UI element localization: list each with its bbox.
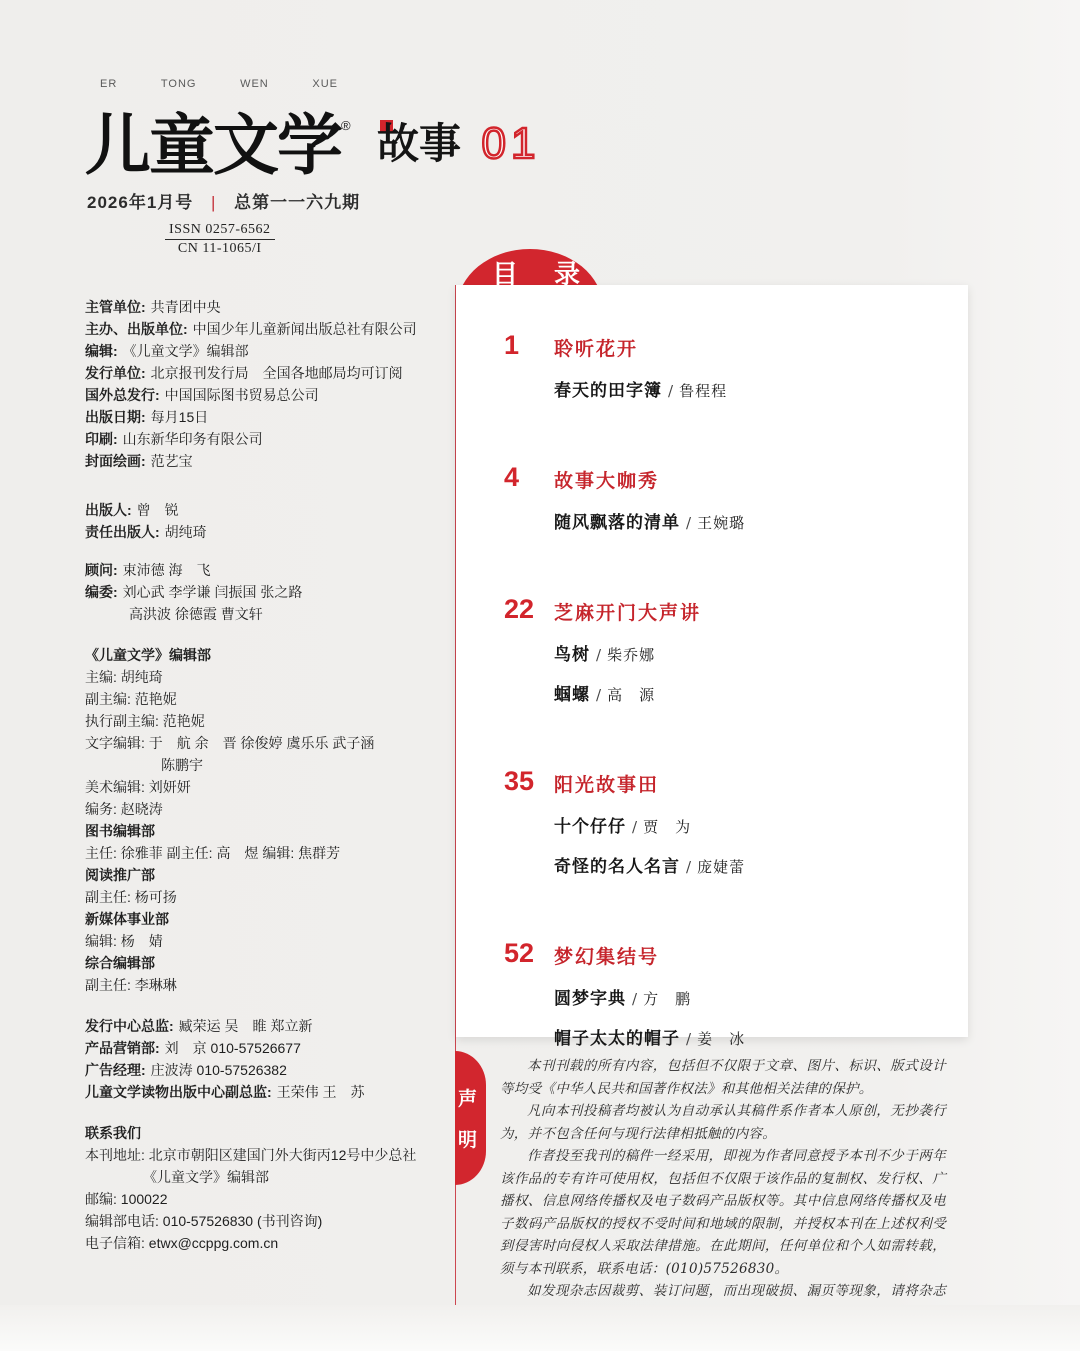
toc-entry: 1聆听花开春天的田字簿/鲁程程 <box>504 331 942 401</box>
colophon-line: 副主任: 杨可扬 <box>85 886 465 908</box>
toc-section-title: 梦幻集结号 <box>554 939 942 969</box>
toc-item-title: 圆梦字典 <box>554 989 626 1009</box>
colophon-value: 本刊地址: 北京市朝阳区建国门外大街丙12号中少总社 <box>85 1147 416 1163</box>
colophon-label: 出版人: <box>85 502 132 518</box>
colophon-line: 责任出版人:胡纯琦 <box>85 521 465 543</box>
toc-item-title: 奇怪的名人名言 <box>554 857 680 877</box>
colophon-line: 编辑部电话: 010-57526830 (书刊咨询) <box>85 1210 465 1232</box>
colophon-line: 发行单位:北京报刊发行局 全国各地邮局均可订阅 <box>85 362 465 384</box>
toc-item: 圆梦字典/方 鹏 <box>554 984 942 1009</box>
colophon-label: 编委: <box>85 584 118 600</box>
colophon-line: 执行副主编: 范艳妮 <box>85 710 465 732</box>
pinyin-er: ER <box>100 78 117 90</box>
issue-date: 2026年1月号 <box>87 193 193 212</box>
colophon-value: 邮编: 100022 <box>85 1191 168 1207</box>
toc-item-title: 帽子太太的帽子 <box>554 1029 680 1049</box>
statement-text: 本刊刊载的所有内容，包括但不仅限于文章、图片、标识、版式设计等均受《中华人民共和… <box>500 1055 946 1325</box>
colophon-group: 出版人:曾 锐责任出版人:胡纯琦 <box>85 499 465 543</box>
statement-section: 声 明 本刊刊载的所有内容，包括但不仅限于文章、图片、标识、版式设计等均受《中华… <box>456 1045 968 1325</box>
colophon-line: 主编: 胡纯琦 <box>85 666 465 688</box>
toc-item-author: 庞婕蕾 <box>697 858 745 876</box>
toc-panel: 1聆听花开春天的田字簿/鲁程程4故事大咖秀随风飘落的清单/王婉璐22芝麻开门大声… <box>456 285 968 1037</box>
colophon-value: 编务: 赵晓涛 <box>85 801 163 817</box>
toc-item-author: 方 鹏 <box>643 990 691 1008</box>
colophon-line: 综合编辑部 <box>85 952 465 974</box>
colophon-line: 国外总发行:中国国际图书贸易总公司 <box>85 384 465 406</box>
colophon-value: 陈鹏宇 <box>161 757 203 773</box>
logo-row: 儿童文学® 故事 01 <box>85 92 540 187</box>
toc-section-title: 聆听花开 <box>554 331 942 361</box>
colophon-value: 主编: 胡纯琦 <box>85 669 163 685</box>
separator-bar: | <box>211 193 216 212</box>
colophon-line: 本刊地址: 北京市朝阳区建国门外大街丙12号中少总社 <box>85 1144 465 1166</box>
colophon-label: 责任出版人: <box>85 524 160 540</box>
statement-badge-char: 声 <box>458 1084 477 1111</box>
colophon-line: 美术编辑: 刘妍妍 <box>85 776 465 798</box>
toc-item-author: 王婉璐 <box>697 514 745 532</box>
toc-page-number: 4 <box>504 463 554 533</box>
issue-number: 01 <box>482 119 541 169</box>
toc-item-separator: / <box>596 646 601 664</box>
colophon-value: 副主任: 杨可扬 <box>85 889 177 905</box>
colophon-line: 编委:刘心武 李学谦 闫振国 张之路 <box>85 581 465 603</box>
colophon-value: 副主编: 范艳妮 <box>85 691 177 707</box>
toc-item-separator: / <box>632 990 637 1008</box>
colophon-label: 《儿童文学》编辑部 <box>85 647 211 663</box>
colophon-value: 刘心武 李学谦 闫振国 张之路 <box>123 584 303 600</box>
colophon-line: 陈鹏宇 <box>85 754 465 776</box>
colophon-value: 副主任: 李琳琳 <box>85 977 177 993</box>
colophon-line: 编务: 赵晓涛 <box>85 798 465 820</box>
colophon-value: 美术编辑: 刘妍妍 <box>85 779 191 795</box>
colophon-line: 产品营销部:刘 京 010-57526677 <box>85 1037 465 1059</box>
toc-item-author: 贾 为 <box>643 818 691 836</box>
colophon-value: 范艺宝 <box>151 453 193 469</box>
toc-item-separator: / <box>668 382 673 400</box>
pinyin-wen: WEN <box>240 78 269 90</box>
colophon-label: 联系我们 <box>85 1125 141 1141</box>
colophon-line: 封面绘画:范艺宝 <box>85 450 465 472</box>
colophon-line: 邮编: 100022 <box>85 1188 465 1210</box>
statement-badge: 声 明 <box>455 1051 486 1185</box>
colophon-line: 副主编: 范艳妮 <box>85 688 465 710</box>
toc-entry-body: 聆听花开春天的田字簿/鲁程程 <box>554 331 942 401</box>
toc-entry: 4故事大咖秀随风飘落的清单/王婉璐 <box>504 463 942 533</box>
trademark-symbol: ® <box>341 118 351 133</box>
statement-paragraph: 本刊刊载的所有内容，包括但不仅限于文章、图片、标识、版式设计等均受《中华人民共和… <box>500 1055 946 1100</box>
colophon-line: 主任: 徐雅菲 副主任: 高 煜 编辑: 焦群芳 <box>85 842 465 864</box>
colophon-line: 新媒体事业部 <box>85 908 465 930</box>
colophon-line: 主办、出版单位:中国少年儿童新闻出版总社有限公司 <box>85 318 465 340</box>
toc-item-separator: / <box>686 858 691 876</box>
colophon-label: 顾问: <box>85 562 118 578</box>
colophon-line: 编辑: 杨 婧 <box>85 930 465 952</box>
colophon-group: 《儿童文学》编辑部主编: 胡纯琦副主编: 范艳妮执行副主编: 范艳妮文字编辑: … <box>85 644 465 996</box>
statement-paragraph: 凡向本刊投稿者均被认为自动承认其稿件系作者本人原创，无抄袭行为，并不包含任何与现… <box>500 1100 946 1145</box>
toc-entry: 22芝麻开门大声讲鸟树/柴乔娜蝈螺/高 源 <box>504 595 942 705</box>
colophon: 主管单位:共青团中央主办、出版单位:中国少年儿童新闻出版总社有限公司编辑:《儿童… <box>85 296 465 1254</box>
pinyin-row: ER TONG WEN XUE <box>100 78 338 90</box>
toc-item-title: 鸟树 <box>554 645 590 665</box>
colophon-label: 阅读推广部 <box>85 867 155 883</box>
colophon-label: 广告经理: <box>85 1062 146 1078</box>
toc-page-number: 52 <box>504 939 554 1049</box>
toc-entry-body: 梦幻集结号圆梦字典/方 鹏帽子太太的帽子/姜 冰 <box>554 939 942 1049</box>
colophon-label: 儿童文学读物出版中心副总监: <box>85 1084 272 1100</box>
colophon-line: 高洪波 徐德霞 曹文轩 <box>85 603 465 625</box>
colophon-line: 顾问:束沛德 海 飞 <box>85 559 465 581</box>
toc-item: 鸟树/柴乔娜 <box>554 640 942 665</box>
toc-item-separator: / <box>686 1030 691 1048</box>
colophon-line: 《儿童文学》编辑部 <box>85 644 465 666</box>
colophon-line: 印刷:山东新华印务有限公司 <box>85 428 465 450</box>
toc-item: 春天的田字簿/鲁程程 <box>554 376 942 401</box>
colophon-label: 图书编辑部 <box>85 823 155 839</box>
colophon-label: 产品营销部: <box>85 1040 160 1056</box>
colophon-label: 发行中心总监: <box>85 1018 174 1034</box>
colophon-value: 电子信箱: etwx@ccppg.com.cn <box>85 1235 278 1251</box>
toc-entry-body: 故事大咖秀随风飘落的清单/王婉璐 <box>554 463 942 533</box>
toc-item: 帽子太太的帽子/姜 冰 <box>554 1024 942 1049</box>
toc-item-separator: / <box>596 686 601 704</box>
colophon-value: 编辑部电话: 010-57526830 (书刊咨询) <box>85 1213 322 1229</box>
colophon-label: 主办、出版单位: <box>85 321 188 337</box>
colophon-value: 执行副主编: 范艳妮 <box>85 713 205 729</box>
colophon-line: 图书编辑部 <box>85 820 465 842</box>
toc-item: 奇怪的名人名言/庞婕蕾 <box>554 852 942 877</box>
toc-item-title: 十个仔仔 <box>554 817 626 837</box>
colophon-value: 主任: 徐雅菲 副主任: 高 煜 编辑: 焦群芳 <box>85 845 340 861</box>
colophon-line: 联系我们 <box>85 1122 465 1144</box>
colophon-line: 电子信箱: etwx@ccppg.com.cn <box>85 1232 465 1254</box>
colophon-value: 中国少年儿童新闻出版总社有限公司 <box>193 321 417 337</box>
colophon-label: 出版日期: <box>85 409 146 425</box>
toc-item-author: 姜 冰 <box>697 1030 745 1048</box>
issn-number: ISSN 0257-6562 <box>165 222 275 240</box>
toc-entry-body: 阳光故事田十个仔仔/贾 为奇怪的名人名言/庞婕蕾 <box>554 767 942 877</box>
colophon-group: 顾问:束沛德 海 飞编委:刘心武 李学谦 闫振国 张之路高洪波 徐德霞 曹文轩 <box>85 559 465 625</box>
magazine-page: ER TONG WEN XUE 儿童文学® 故事 01 2026年1月号 | 总… <box>0 0 1080 1351</box>
toc-section-title: 故事大咖秀 <box>554 463 942 493</box>
colophon-line: 发行中心总监:臧荣运 吴 睢 郑立新 <box>85 1015 465 1037</box>
toc-item-title: 蝈螺 <box>554 685 590 705</box>
colophon-label: 印刷: <box>85 431 118 447</box>
subtitle-wrap: 故事 <box>377 111 461 171</box>
toc-item-author: 鲁程程 <box>679 382 727 400</box>
colophon-value: 北京报刊发行局 全国各地邮局均可订阅 <box>151 365 403 381</box>
colophon-value: 中国国际图书贸易总公司 <box>165 387 319 403</box>
colophon-line: 编辑:《儿童文学》编辑部 <box>85 340 465 362</box>
toc-entry-body: 芝麻开门大声讲鸟树/柴乔娜蝈螺/高 源 <box>554 595 942 705</box>
toc-title: 目录 <box>492 254 616 291</box>
toc-page-number: 1 <box>504 331 554 401</box>
colophon-line: 文字编辑: 于 航 余 晋 徐俊婷 虞乐乐 武子涵 <box>85 732 465 754</box>
colophon-value: 高洪波 徐德霞 曹文轩 <box>129 606 263 622</box>
issue-total: 总第一一六九期 <box>234 193 360 212</box>
colophon-line: 阅读推广部 <box>85 864 465 886</box>
toc-and-statement: 目录 1聆听花开春天的田字簿/鲁程程4故事大咖秀随风飘落的清单/王婉璐22芝麻开… <box>455 285 968 1325</box>
issn-block: ISSN 0257-6562 CN 11-1065/I <box>165 222 275 257</box>
toc-section-title: 阳光故事田 <box>554 767 942 797</box>
colophon-label: 主管单位: <box>85 299 146 315</box>
toc-entry: 35阳光故事田十个仔仔/贾 为奇怪的名人名言/庞婕蕾 <box>504 767 942 877</box>
toc-entry: 52梦幻集结号圆梦字典/方 鹏帽子太太的帽子/姜 冰 <box>504 939 942 1049</box>
pinyin-xue: XUE <box>312 78 338 90</box>
toc-item-author: 高 源 <box>607 686 655 704</box>
cn-number: CN 11-1065/I <box>165 240 275 257</box>
toc-item-separator: / <box>686 514 691 532</box>
toc-page-number: 35 <box>504 767 554 877</box>
toc-section-title: 芝麻开门大声讲 <box>554 595 942 625</box>
magazine-subtitle: 故事 <box>377 119 461 168</box>
colophon-value: 曾 锐 <box>137 502 179 518</box>
colophon-value: 《儿童文学》编辑部 <box>123 343 249 359</box>
toc-item-author: 柴乔娜 <box>607 646 655 664</box>
colophon-group: 主管单位:共青团中央主办、出版单位:中国少年儿童新闻出版总社有限公司编辑:《儿童… <box>85 296 465 472</box>
toc-item-title: 随风飘落的清单 <box>554 513 680 533</box>
toc-item-separator: / <box>632 818 637 836</box>
toc-item: 蝈螺/高 源 <box>554 680 942 705</box>
toc-item: 随风飘落的清单/王婉璐 <box>554 508 942 533</box>
colophon-label: 国外总发行: <box>85 387 160 403</box>
colophon-value: 山东新华印务有限公司 <box>123 431 263 447</box>
colophon-value: 束沛德 海 飞 <box>123 562 211 578</box>
colophon-value: 共青团中央 <box>151 299 221 315</box>
statement-paragraph: 如发现杂志因裁剪、装订问题，而出现破损、漏页等现象，请将杂志寄回编辑部，我们免费… <box>500 1280 946 1325</box>
pinyin-tong: TONG <box>161 78 197 90</box>
colophon-value: 文字编辑: 于 航 余 晋 徐俊婷 虞乐乐 武子涵 <box>85 735 374 751</box>
colophon-line: 出版人:曾 锐 <box>85 499 465 521</box>
colophon-line: 儿童文学读物出版中心副总监:王荣伟 王 苏 <box>85 1081 465 1103</box>
colophon-label: 新媒体事业部 <box>85 911 169 927</box>
colophon-line: 出版日期:每月15日 <box>85 406 465 428</box>
colophon-value: 王荣伟 王 苏 <box>277 1084 365 1100</box>
colophon-value: 庄波涛 010-57526382 <box>151 1062 287 1078</box>
colophon-line: 主管单位:共青团中央 <box>85 296 465 318</box>
colophon-value: 每月15日 <box>151 409 209 425</box>
colophon-group: 发行中心总监:臧荣运 吴 睢 郑立新产品营销部:刘 京 010-57526677… <box>85 1015 465 1103</box>
colophon-line: 广告经理:庄波涛 010-57526382 <box>85 1059 465 1081</box>
colophon-label: 综合编辑部 <box>85 955 155 971</box>
statement-badge-char: 明 <box>458 1125 477 1152</box>
colophon-value: 编辑: 杨 婧 <box>85 933 163 949</box>
colophon-value: 刘 京 010-57526677 <box>165 1040 301 1056</box>
colophon-line: 副主任: 李琳琳 <box>85 974 465 996</box>
magazine-logo: 儿童文学 <box>85 106 341 184</box>
toc-item-title: 春天的田字簿 <box>554 381 662 401</box>
toc-item: 十个仔仔/贾 为 <box>554 812 942 837</box>
colophon-label: 发行单位: <box>85 365 146 381</box>
colophon-group: 联系我们本刊地址: 北京市朝阳区建国门外大街丙12号中少总社《儿童文学》编辑部邮… <box>85 1122 465 1254</box>
issue-date-row: 2026年1月号 | 总第一一六九期 <box>87 188 360 213</box>
colophon-value: 《儿童文学》编辑部 <box>143 1169 269 1185</box>
toc-page-number: 22 <box>504 595 554 705</box>
colophon-value: 胡纯琦 <box>165 524 207 540</box>
colophon-value: 臧荣运 吴 睢 郑立新 <box>179 1018 313 1034</box>
statement-paragraph: 作者投至我刊的稿件一经采用，即视为作者同意授予本刊不少于两年该作品的专有许可使用… <box>500 1145 946 1280</box>
colophon-line: 《儿童文学》编辑部 <box>85 1166 465 1188</box>
colophon-label: 封面绘画: <box>85 453 146 469</box>
colophon-label: 编辑: <box>85 343 118 359</box>
